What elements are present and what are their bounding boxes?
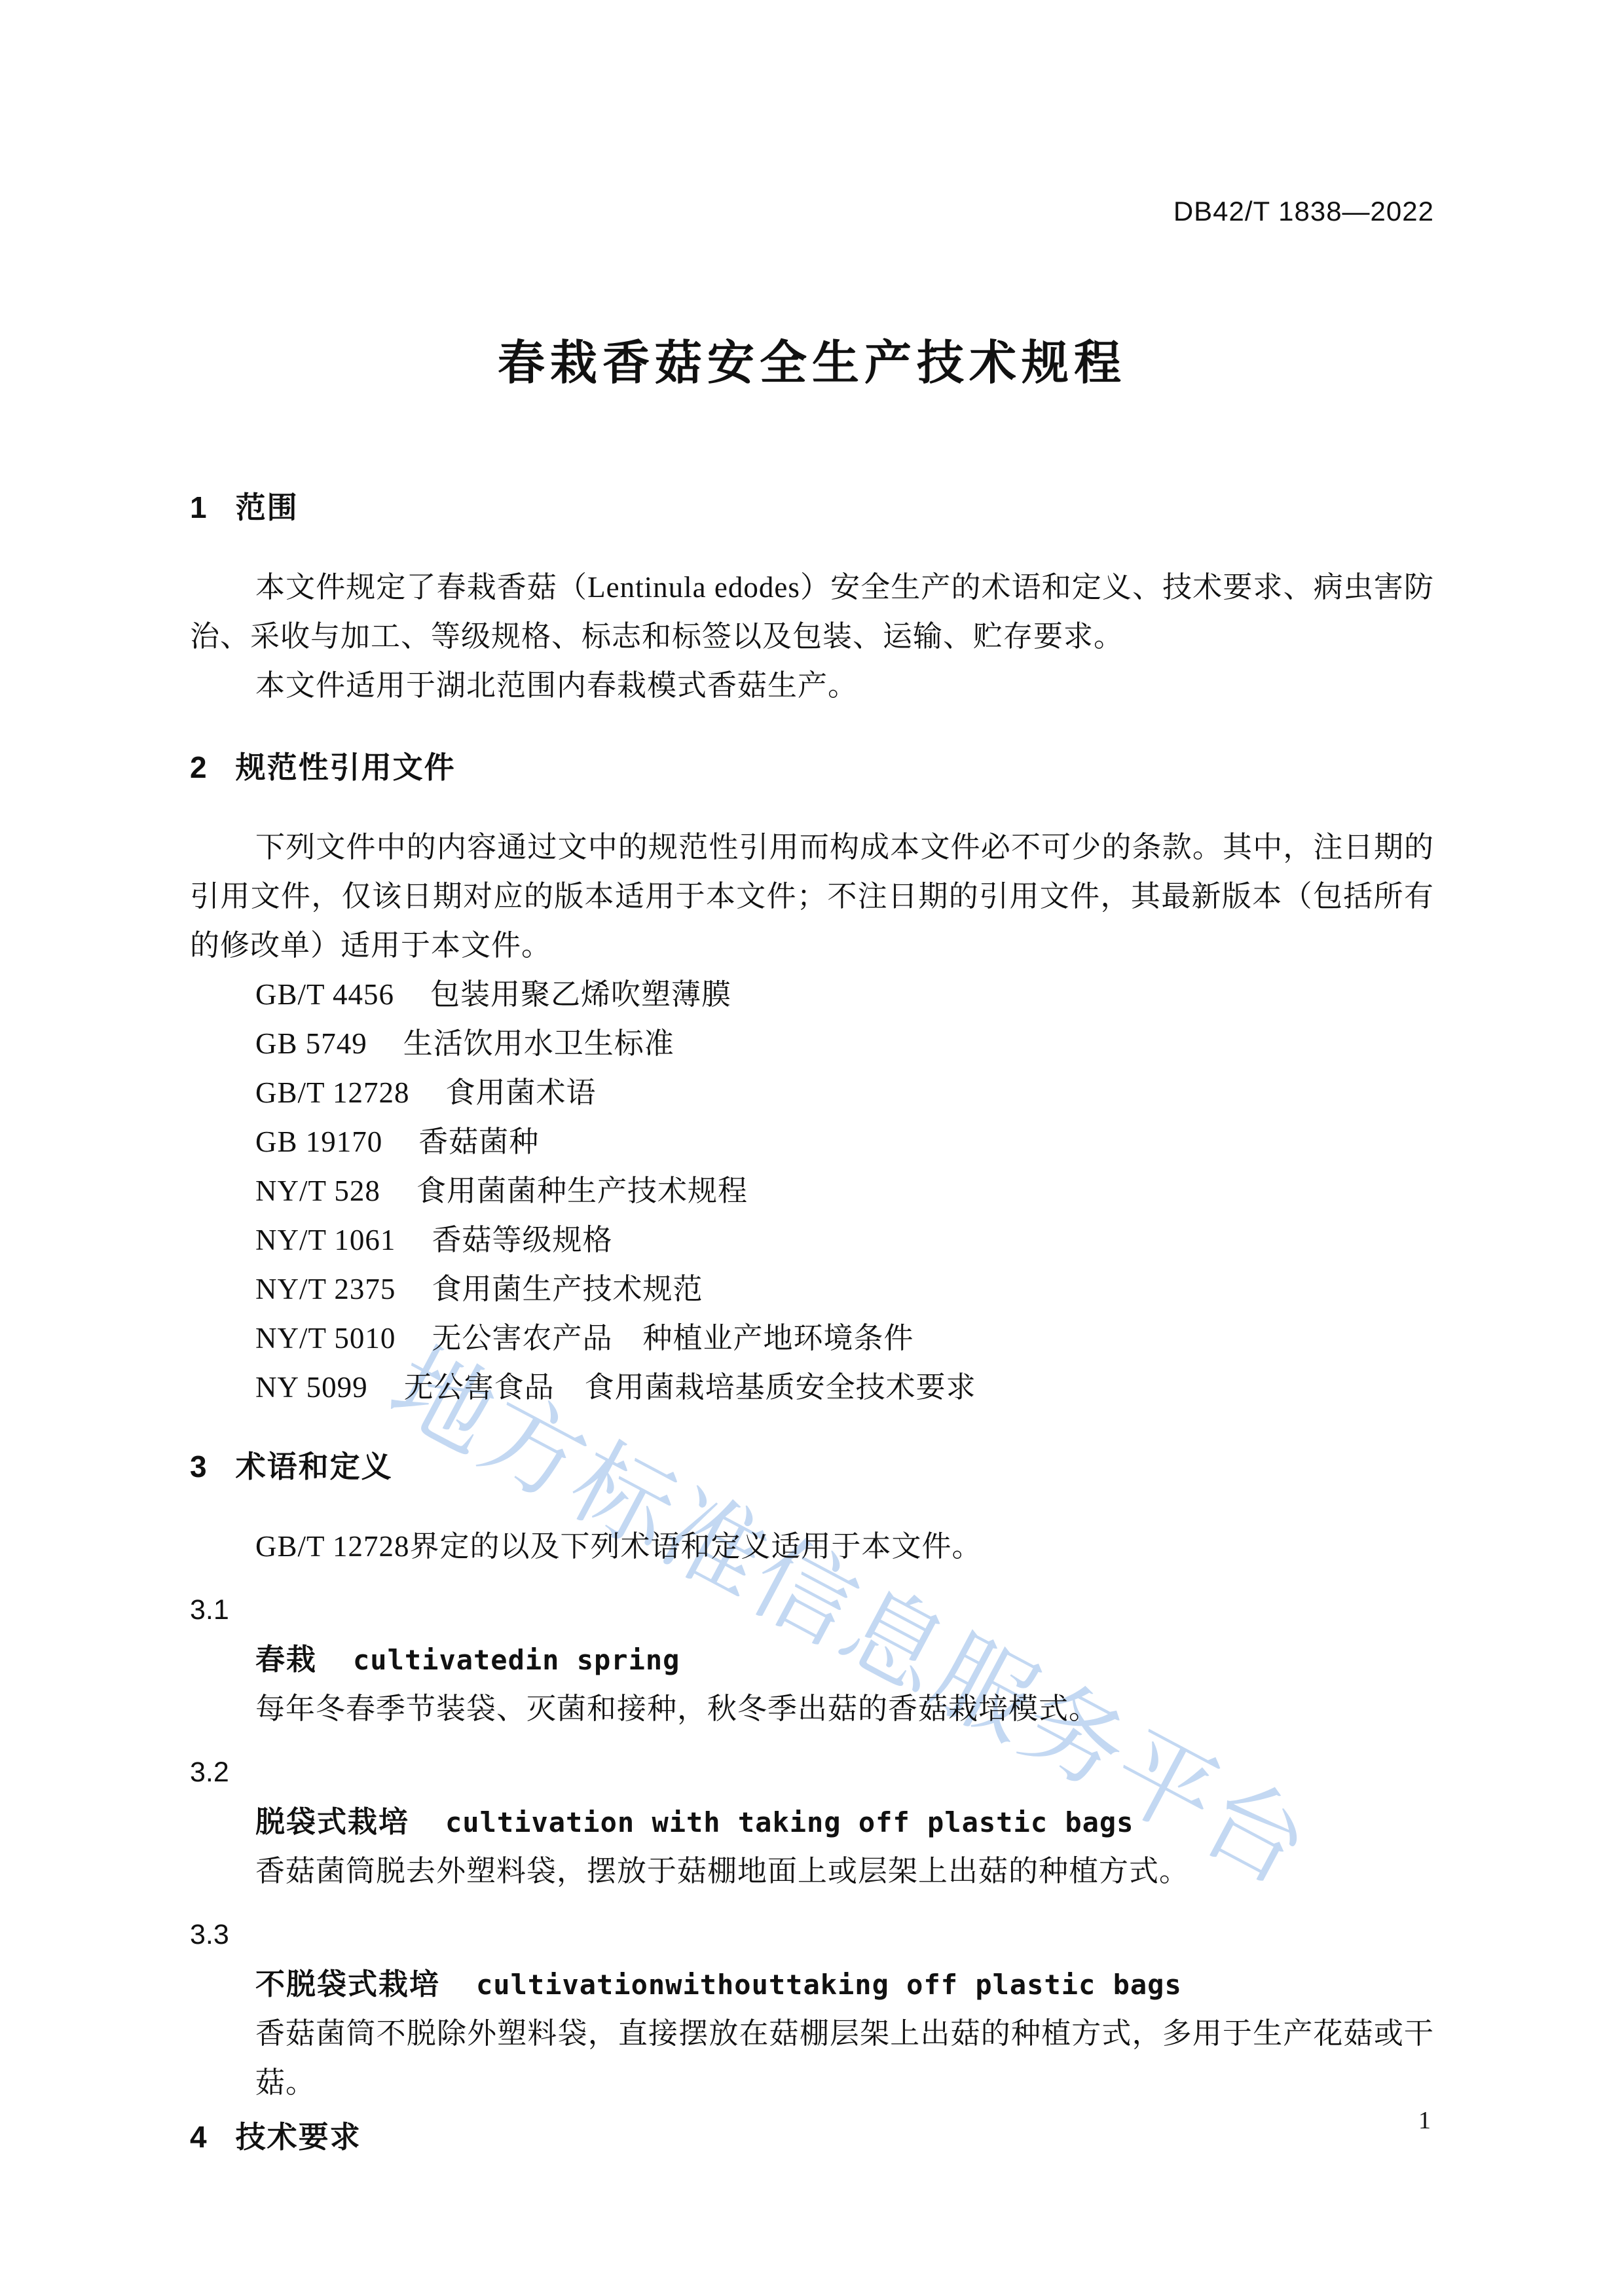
reference-title: 食用菌生产技术规范 bbox=[432, 1273, 703, 1305]
clause-number-3-3: 3.3 bbox=[190, 1910, 1434, 1959]
reference-code: GB/T 4456 bbox=[255, 978, 394, 1011]
scope-paragraph-2: 本文件适用于湖北范围内春栽模式香菇生产。 bbox=[190, 661, 1434, 710]
reference-item: GB 5749生活饮用水卫生标准 bbox=[190, 1019, 1434, 1068]
reference-item: NY 5099无公害食品 食用菌栽培基质安全技术要求 bbox=[190, 1363, 1434, 1412]
reference-item: NY/T 1061香菇等级规格 bbox=[190, 1216, 1434, 1265]
reference-title: 包装用聚乙烯吹塑薄膜 bbox=[430, 978, 731, 1011]
reference-code: GB/T 12728 bbox=[255, 1076, 409, 1109]
section-2-label: 规范性引用文件 bbox=[236, 750, 456, 784]
term-line-3-3: 不脱袋式栽培cultivationwithouttaking off plast… bbox=[190, 1959, 1434, 2009]
term-en-3-2: cultivation with taking off plastic bags bbox=[445, 1806, 1134, 1838]
document-title: 春栽香菇安全生产技术规程 bbox=[190, 337, 1434, 390]
section-4-heading: 4技术要求 bbox=[190, 2121, 1434, 2153]
standard-code: DB42/T 1838—2022 bbox=[190, 196, 1434, 226]
reference-code: NY/T 1061 bbox=[255, 1224, 396, 1256]
scope-paragraph-1: 本文件规定了春栽香菇（Lentinula edodes）安全生产的术语和定义、技… bbox=[190, 563, 1434, 661]
section-4-number: 4 bbox=[190, 2120, 208, 2154]
reference-title: 生活饮用水卫生标准 bbox=[403, 1027, 674, 1060]
term-definition-3-1: 每年冬春季节装袋、灭菌和接种，秋冬季出菇的香菇栽培模式。 bbox=[190, 1685, 1434, 1734]
page-number: 1 bbox=[1418, 2107, 1431, 2134]
reference-title: 无公害食品 食用菌栽培基质安全技术要求 bbox=[404, 1371, 976, 1404]
term-zh-3-1: 春栽 bbox=[255, 1643, 317, 1676]
term-definition-3-2: 香菇菌筒脱去外塑料袋，摆放于菇棚地面上或层架上出菇的种植方式。 bbox=[190, 1847, 1434, 1896]
section-3-body: GB/T 12728界定的以及下列术语和定义适用于本文件。 3.1 春栽cult… bbox=[190, 1522, 1434, 2107]
reference-title: 香菇菌种 bbox=[418, 1125, 539, 1158]
references-intro: 下列文件中的内容通过文中的规范性引用而构成本文件必不可少的条款。其中，注日期的引… bbox=[190, 823, 1434, 970]
reference-code: GB 5749 bbox=[255, 1027, 367, 1060]
clause-number-3-2: 3.2 bbox=[190, 1748, 1434, 1797]
term-line-3-1: 春栽cultivatedin spring bbox=[190, 1635, 1434, 1685]
terms-intro: GB/T 12728界定的以及下列术语和定义适用于本文件。 bbox=[190, 1522, 1434, 1571]
term-zh-3-3: 不脱袋式栽培 bbox=[255, 1967, 440, 2001]
reference-title: 无公害农产品 种植业产地环境条件 bbox=[432, 1322, 913, 1355]
references-list: GB/T 4456包装用聚乙烯吹塑薄膜 GB 5749生活饮用水卫生标准 GB/… bbox=[190, 970, 1434, 1412]
clause-number-3-1: 3.1 bbox=[190, 1586, 1434, 1635]
reference-code: NY/T 5010 bbox=[255, 1322, 396, 1355]
section-3-heading: 3术语和定义 bbox=[190, 1450, 1434, 1483]
reference-title: 食用菌术语 bbox=[445, 1076, 596, 1109]
reference-title: 香菇等级规格 bbox=[432, 1224, 612, 1256]
term-definition-3-3: 香菇菌筒不脱除外塑料袋，直接摆放在菇棚层架上出菇的种植方式，多用于生产花菇或干菇… bbox=[190, 2009, 1434, 2107]
reference-code: NY/T 2375 bbox=[255, 1273, 396, 1305]
reference-code: GB 19170 bbox=[255, 1125, 382, 1158]
term-zh-3-2: 脱袋式栽培 bbox=[255, 1805, 409, 1838]
reference-item: GB 19170香菇菌种 bbox=[190, 1118, 1434, 1167]
section-4-label: 技术要求 bbox=[236, 2120, 361, 2154]
term-line-3-2: 脱袋式栽培cultivation with taking off plastic… bbox=[190, 1797, 1434, 1847]
reference-title: 食用菌菌种生产技术规程 bbox=[416, 1175, 748, 1207]
section-2-body: 下列文件中的内容通过文中的规范性引用而构成本文件必不可少的条款。其中，注日期的引… bbox=[190, 823, 1434, 1412]
reference-item: GB/T 12728食用菌术语 bbox=[190, 1068, 1434, 1118]
reference-code: NY/T 528 bbox=[255, 1175, 380, 1207]
section-2-number: 2 bbox=[190, 750, 208, 784]
term-en-3-1: cultivatedin spring bbox=[353, 1644, 680, 1676]
section-3-label: 术语和定义 bbox=[236, 1449, 393, 1484]
reference-item: NY/T 5010无公害农产品 种植业产地环境条件 bbox=[190, 1314, 1434, 1363]
section-1-heading: 1范围 bbox=[190, 491, 1434, 524]
reference-item: GB/T 4456包装用聚乙烯吹塑薄膜 bbox=[190, 970, 1434, 1019]
reference-item: NY/T 528食用菌菌种生产技术规程 bbox=[190, 1167, 1434, 1216]
reference-code: NY 5099 bbox=[255, 1371, 368, 1404]
page-content: DB42/T 1838—2022 春栽香菇安全生产技术规程 1范围 本文件规定了… bbox=[190, 0, 1434, 2153]
section-2-heading: 2规范性引用文件 bbox=[190, 751, 1434, 784]
section-1-number: 1 bbox=[190, 490, 208, 524]
section-3-number: 3 bbox=[190, 1449, 208, 1484]
reference-item: NY/T 2375食用菌生产技术规范 bbox=[190, 1265, 1434, 1314]
document-page: 地方标准信息服务平台 DB42/T 1838—2022 春栽香菇安全生产技术规程… bbox=[0, 0, 1624, 2296]
term-en-3-3: cultivationwithouttaking off plastic bag… bbox=[476, 1969, 1182, 2001]
section-1-label: 范围 bbox=[236, 490, 299, 524]
section-1-body: 本文件规定了春栽香菇（Lentinula edodes）安全生产的术语和定义、技… bbox=[190, 563, 1434, 710]
